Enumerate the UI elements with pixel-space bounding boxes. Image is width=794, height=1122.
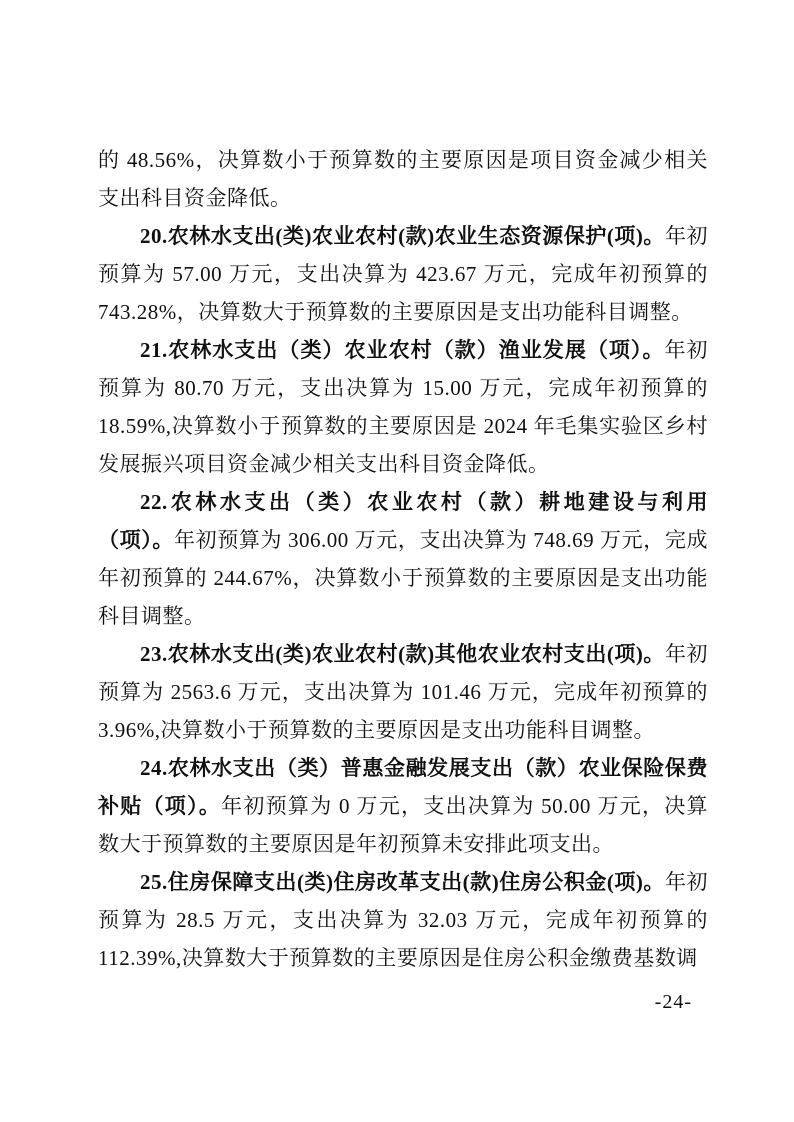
paragraph-item-22: 22.农林水支出（类）农业农村（款）耕地建设与利用（项）。年初预算为 306.0… xyxy=(98,483,708,635)
paragraph-item-21: 21.农林水支出（类）农业农村（款）渔业发展（项）。年初预算为 80.70 万元… xyxy=(98,331,708,483)
document-page: 的 48.56%，决算数小于预算数的主要原因是项目资金减少相关支出科目资金降低。… xyxy=(0,0,794,1122)
paragraph-head: 23.农林水支出(类)农业农村(款)其他农业农村支出(项)。 xyxy=(140,642,665,666)
paragraph-continuation: 的 48.56%，决算数小于预算数的主要原因是项目资金减少相关支出科目资金降低。 xyxy=(98,141,708,217)
paragraph-item-24: 24.农林水支出（类）普惠金融发展支出（款）农业保险保费补贴（项）。年初预算为 … xyxy=(98,749,708,863)
paragraph-head: 21.农林水支出（类）农业农村（款）渔业发展（项）。 xyxy=(140,338,664,362)
paragraph-item-23: 23.农林水支出(类)农业农村(款)其他农业农村支出(项)。年初预算为 2563… xyxy=(98,635,708,749)
page-number: -24- xyxy=(655,989,692,1015)
document-body: 的 48.56%，决算数小于预算数的主要原因是项目资金减少相关支出科目资金降低。… xyxy=(98,141,708,977)
paragraph-item-25: 25.住房保障支出(类)住房改革支出(款)住房公积金(项)。年初预算为 28.5… xyxy=(98,863,708,977)
paragraph-head: 25.住房保障支出(类)住房改革支出(款)住房公积金(项)。 xyxy=(140,870,665,894)
paragraph-head: 20.农林水支出(类)农业农村(款)农业生态资源保护(项)。 xyxy=(140,224,665,248)
paragraph-body: 的 48.56%，决算数小于预算数的主要原因是项目资金减少相关支出科目资金降低。 xyxy=(98,148,708,210)
paragraph-item-20: 20.农林水支出(类)农业农村(款)农业生态资源保护(项)。年初预算为 57.0… xyxy=(98,217,708,331)
paragraph-body: 年初预算为 306.00 万元，支出决算为 748.69 万元，完成年初预算的 … xyxy=(98,528,708,628)
